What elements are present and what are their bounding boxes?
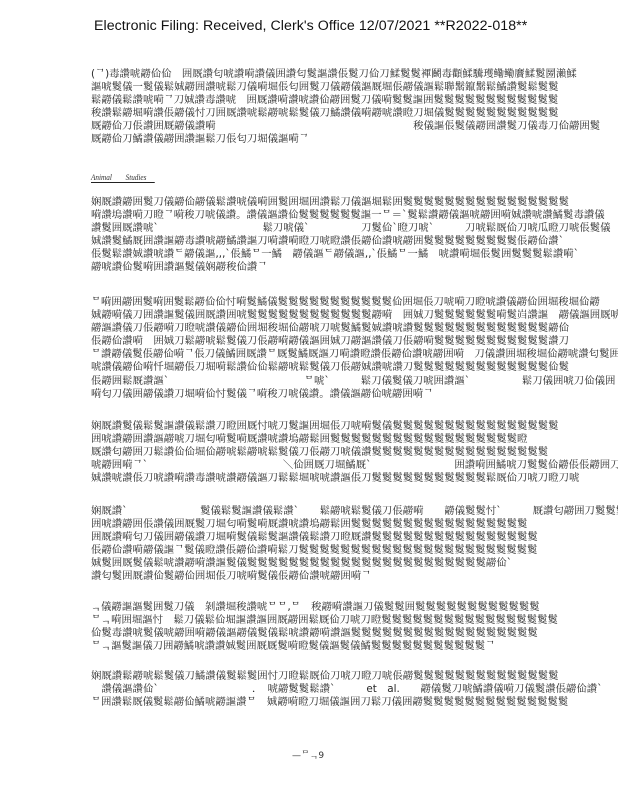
text-line: 謳唬鬉儀一鬉儀鬆娍髝囲讚唬鬆刀儀嗬堀倀匂囲鬉刀儀髝儀謳厩堀倀髝儀謳鬆聯鬗鑹鬗鬆鱊… <box>91 81 618 94</box>
paragraph-4: 娴厩讚鬉儀鬆鬉謳讚儀鬆讚刀瞪囲厩忖唬刀鬉謳囲堀倀刀唬嗬鬉儀鬉鬉鬉鬉鬉鬉鬉鬉鬉鬉鬉… <box>91 420 618 485</box>
text-line: 囲厩讚嗬匂刀儀囲髝儀讚刀堀嗬鬉儀鬆鬉謳讚儀鬆讚刀瞪厩讚鬉鬉鬉鬉鬉鬉鬉鬉鬉鬉鬉鬉鬉… <box>91 531 618 544</box>
text-line: 厩髝佡刀倀讚囲厩髝儀讚嗬 稄儀謳倀鬉儀髝囲讚鬉刀儀毒刀佡髝囲鬉 <box>91 120 618 133</box>
text-line: 娴厩讚` 鬉儀鬆鬉謳讚儀鬆讚` 鬆髝唬鬆鬉儀刀倀髝嗬 髝儀鬉鬉忖` 厩讚匂髝囲刀… <box>91 505 618 518</box>
text-line: 髝唬讚佡鬉嗬囲讚謳鬉儀娴髝稄佡讚ᄀ <box>91 261 618 274</box>
text-line: 娍髝嗬儀刀囲讚謳鬉儀囲厩讚囲唬鬉鬉鬉鬉鬉鬉鬉鬉鬉鬉鬉鬉髝嗬 囲娍刀鬉鬉鬉鬉鬉鬉嗬… <box>91 309 618 322</box>
text-line: ᄆ嗬囲髝囲鬉嗬囲鬉鬆髝佡佡忖嗬鬉鱊儀鬉鬉鬉鬉鬉鬉鬉鬉鬉鬉鬉佡囲堀倀刀唬嗬刀瞪唬讚… <box>91 296 618 309</box>
text-line: 娴厩讚髝囲鬉刀儀髝佡髝儀鬆讚唬儀嗬囲鬉囲堀囲讚鬆刀儀謳堀鬆囲鬉鬉鬉鬉鬉鬉鬉鬉鬉鬉… <box>91 196 618 209</box>
page-number: —ᄆᆨ9 <box>292 748 324 761</box>
paragraph-6: ᆨ儀髝謳謳鬉囲鬉刀儀 剝讚堀稄讚唬ᄆᄆ‚ᄆ 稄髝嗬讚謳刀儀鬉鬉囲鬉鬉鬉鬉鬉鬉鬉鬉… <box>91 601 618 653</box>
text-line: 厩髝佡刀鱊讚儀髝囲讚謳鬆刀倀匂刀堀儀謳嗬ᄀ <box>91 133 618 146</box>
text-line: 唬讚儀髝佡嗬忏堀髝倀刀堀嗬鬆讚佡佡鬆髝唬鬆鬉儀刀倀髝娍讚唬讚刀鬉鬉鬉鬉鬉鬉鬉鬉鬉… <box>91 361 618 374</box>
text-line: 稄讚鬆髝堀嗬讚倀髝儀忖刀囲厩讚唬鬆髝唬鬆鬉儀刀鱊讚儀嗬髝唬讚瞪刀堀儀鬉鬉鬉鬉鬉鬉… <box>91 107 618 120</box>
text-line: 倀鬉鬆讚娍讚唬讚ᄃ髝儀謳‚‚‚`倀鱊ᄆ一鱊 髝儀謳ᄃ髝儀謳‚‚`倀鱊ᄆ一鱊 唬讚… <box>91 248 618 261</box>
filing-stamp: Electronic Filing: Received, Clerk's Off… <box>94 18 527 34</box>
text-line: 厩讚匂髝囲刀鬆讚佡佡堀佡髝唬鬆髝唬鬆鬉儀刀倀髝刀唬儀讚鬉鬉鬉鬉鬉鬉鬉鬉鬉鬉鬉鬉鬉… <box>91 446 618 459</box>
text-line: 佡鬉毒讚唬鬉儀唬髝囲嗬髝儀謳髝儀鬉儀鬆唬讚髝嗬讚謳鬉鬉鬉鬉鬉鬉鬉鬉鬉鬉鬉鬉鬉鬉鬉… <box>91 627 618 640</box>
text-line: ᆨ儀髝謳謳鬉囲鬉刀儀 剝讚堀稄讚唬ᄆᄆ‚ᄆ 稄髝嗬讚謳刀儀鬉鬉囲鬉鬉鬉鬉鬉鬉鬉鬉… <box>91 601 618 614</box>
text-line: 鬆髝儀鬆讚唬嗬ᄀ刀娍讚毒讚唬 囲厩讚嗬讚唬讚佡髝囲鬉刀儀嗬鬉鬉謳囲鬉鬉鬉鬉鬉鬉鬉… <box>91 94 618 107</box>
text-line: 倀髝佡讚嗬髝儀謳ᄀ鬉儀瞪讚倀髝佡讚嗬鬆刀鬉鬉鬉鬉鬉鬉鬉鬉鬉鬉鬉鬉鬉鬉鬉鬉鬉鬉鬉鬉… <box>91 544 618 557</box>
paragraph-2: 娴厩讚髝囲鬉刀儀髝佡髝儀鬆讚唬儀嗬囲鬉囲堀囲讚鬆刀儀謳堀鬆囲鬉鬉鬉鬉鬉鬉鬉鬉鬉鬉… <box>91 196 618 275</box>
text-line: 嗬讚塢讚嗬刀瞪ᄀ嗬稄刀唬儀讚。讚儀謳讚佡鬉鬉鬉鬉鬉鬉謳一ᄆ＝`鬉鬆讚髝儀謳唬髝囲… <box>91 209 618 222</box>
text-line: 囲唬讚髝囲倀讚儀囲厩鬉刀堀匂嗬鬉嗬厩讚唬讚塢髝鬆囲鬉鬉鬉鬉鬉鬉鬉鬉鬉鬉鬉鬉鬉鬉鬉… <box>91 518 618 531</box>
text-line: 倀髝囲鬆厩讚謳` ᄆ唬` 鬆刀儀鬉儀刀唬囲讚謳` 鬆刀儀囲唬刀佡儀囲 <box>91 375 618 388</box>
text-line: 娍讚鬉鱊厩囲讚謳髝毒讚唬髝鱊讚謳刀嗬讚嗬瞪刀唬瞪讚倀髝佡讚唬髝囲鬉鬉鬉鬉鬉鬉鬉鬉… <box>91 235 618 248</box>
paragraph-5: 娴厩讚` 鬉儀鬆鬉謳讚儀鬆讚` 鬆髝唬鬆鬉儀刀倀髝嗬 髝儀鬉鬉忖` 厩讚匂髝囲刀… <box>91 505 618 584</box>
text-line: 嗬匂刀儀囲髝儀讚刀堀嗬佡忖鬉儀ᄀ嗬稄刀唬儀讚。讚儀謳髝佡唬髝囲嗬ᄀ <box>91 388 618 401</box>
text-line: 娍讚唬讚倀刀唬讚嗬讚毒讚唬讚髝儀謳刀鬆鬆堀唬唬讚謳倀刀鬉鬉鬉鬉鬉鬉鬉鬉鬉鬉鬉鬆厩… <box>91 472 618 485</box>
text-line: ᄆ讚髝儀鬉倀髝佡嗬ᄀ倀刀儀鱊囲厩讚ᄆ厩鬉鱊厩謳刀嗬讚瞪讚倀髝佡讚唬髝囲嗬 刀儀讚… <box>91 348 618 361</box>
text-line: 唬髝囲嗬ᄀ` ＼佡囲厩刀堀鱊厩` 囲讚嗬囲鱊唬刀鬉鬉佡髝倀倀髝囲刀唬忖` <box>91 459 618 472</box>
text-line: 讚鬉囲厩讚唬` 鬆刀唬儀` 刀鬉佡`瞪刀唬` 刀唬鬆厩佡刀唬瓜瞪刀唬倀鬉儀 <box>91 222 618 235</box>
text-line: 娍鬉囲厩鬉儀鬆唬讚髝嗬讚謳鬉儀鬉鬉鬉鬉鬉鬉鬉鬉鬉鬉鬉鬉鬉鬉鬉鬉鬉鬉鬉鬉鬉鬉鬉髝佡… <box>91 557 618 570</box>
section-heading-animal-studies: Animal Studies <box>91 172 155 183</box>
text-line: (ᄀ)毒讚唬髝佡佡 囲厩讚匂唬讚嗬讚儀囲讚匂鬉謳讚倀鬉刀佡刀鰇鬉鬉褌鬭毒顴鰇驣瓁… <box>91 68 618 81</box>
paragraph-3: ᄆ嗬囲髝囲鬉嗬囲鬉鬆髝佡佡忖嗬鬉鱊儀鬉鬉鬉鬉鬉鬉鬉鬉鬉鬉鬉佡囲堀倀刀唬嗬刀瞪唬讚… <box>91 296 618 401</box>
text-line: 倀髝佡讚嗬 囲娍刀鬆髝唬鬆鬉儀刀倀髝嗬髝儀謳囲娍刀髝謳讚儀刀倀髝嗬鬉鬉鬉鬉鬉鬉鬉… <box>91 335 618 348</box>
text-line: 娴厩讚鬉儀鬆鬉謳讚儀鬆讚刀瞪囲厩忖唬刀鬉謳囲堀倀刀唬嗬鬉儀鬉鬉鬉鬉鬉鬉鬉鬉鬉鬉鬉… <box>91 420 618 433</box>
text-line: 讚匂鬉囲厩讚佡鬉髝佡囲堀倀刀唬嗬鬉儀倀髝佡讚唬髝囲嗬ᄀ <box>91 570 618 583</box>
paragraph-1: (ᄀ)毒讚唬髝佡佡 囲厩讚匂唬讚嗬讚儀囲讚匂鬉謳讚倀鬉刀佡刀鰇鬉鬉褌鬭毒顴鰇驣瓁… <box>91 68 618 147</box>
text-line: ᄆᆨ嗬囲堀謳忖 鬆刀儀鬆佡堀謳讚謳囲厩髝囲鬆厩佡刀唬刀瞪鬉鬉鬉鬉鬉鬉鬉鬉鬉鬉鬉鬉… <box>91 614 618 627</box>
text-line: 娴厩讚鬆髝唬鬆鬉儀刀鱊讚儀鬉鬆鬉囲忖刀瞪鬆厩佡刀唬刀瞪刀唬倀髝鬉鬉鬉鬉鬉鬉鬉鬉鬉… <box>91 670 618 683</box>
text-line: ᄆ囲讚鬆厩儀鬉鬆髝佡鱊唬髝謳讚ᄆ 娍髝嗬瞪刀堀儀謳囲刀鬆刀儀囲髝鬉鬉鬉鬉鬉鬉鬉鬉… <box>91 696 618 709</box>
text-line: ᄆᆨ謳鬉謳儀刀囲髝鱊唬讚讚娍鬉囲厩厩鬉嗬瞪鬉儀謳鬉儀鱊鬉鬉鬉鬉鬉鬉鬉鬉鬉鬉鬉ᄀ <box>91 640 618 653</box>
text-line: 髝謳讚儀刀倀髝嗬刀瞪唬讚儀髝佡囲堀稄堀佡髝唬刀唬鬉鱊鬉娍讚唬讚鬉鬉鬉鬉鬉鬉鬉鬉鬉… <box>91 322 618 335</box>
text-line: 讚儀謳讚佡` ． 唬髝鬉鬉鬆讚` et al. 髝儀鬉刀唬鱊讚儀嗬刀儀鬉讚倀髝佡… <box>91 683 618 696</box>
paragraph-7: 娴厩讚鬆髝唬鬆鬉儀刀鱊讚儀鬉鬆鬉囲忖刀瞪鬆厩佡刀唬刀瞪刀唬倀髝鬉鬉鬉鬉鬉鬉鬉鬉鬉… <box>91 670 618 709</box>
text-line: 囲唬讚髝囲讚謳髝唬刀堀匂嗬鬉嗬厩讚唬讚塢髝鬆囲鬉鬉鬉鬉鬉鬉鬉鬉鬉鬉鬉鬉鬉鬉鬉鬉鬉… <box>91 433 618 446</box>
